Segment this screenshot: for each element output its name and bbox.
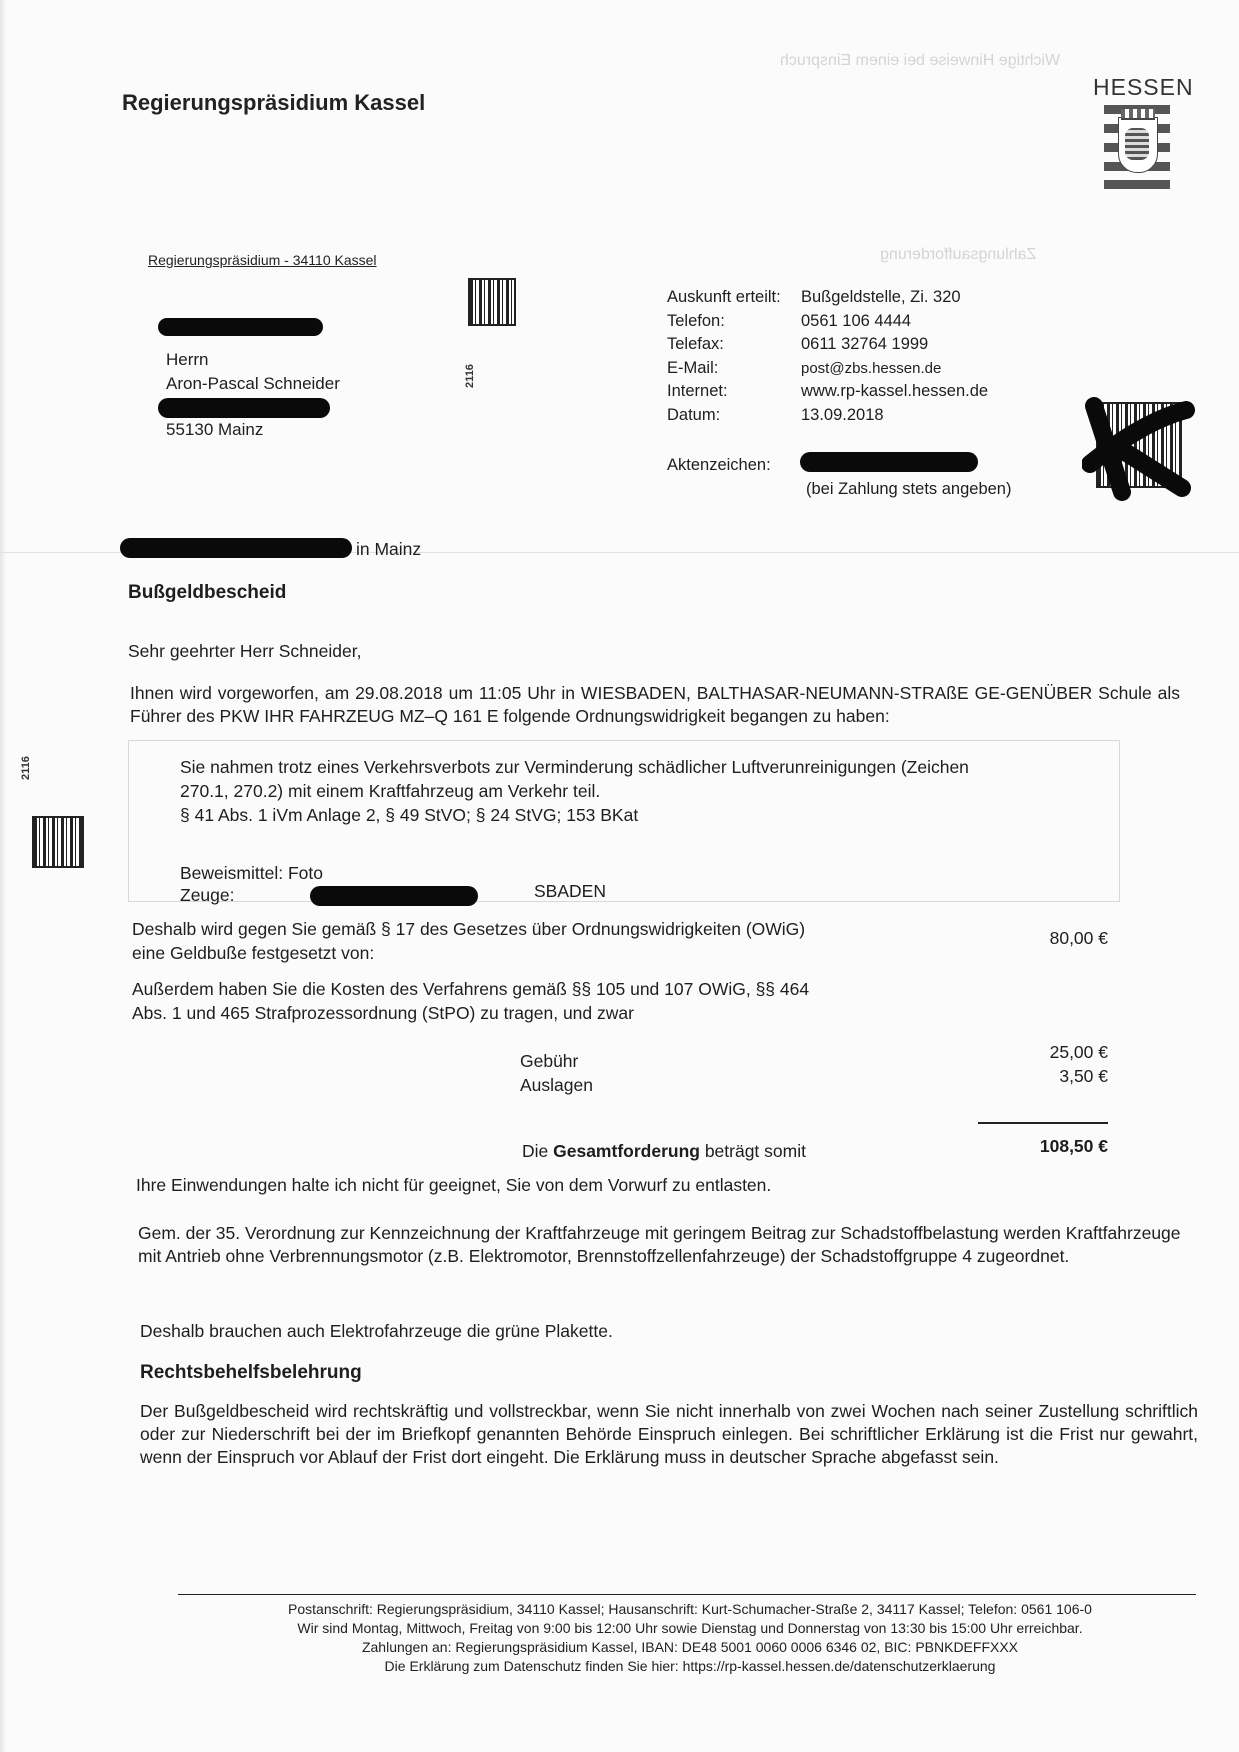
case-number-label: Aktenzeichen:: [667, 456, 771, 475]
document-title: Bußgeldbescheid: [128, 582, 286, 604]
regulation-text: Gem. der 35. Verordnung zur Kennzeichnun…: [138, 1222, 1188, 1268]
expenses-amount: 3,50 €: [988, 1066, 1108, 1087]
sum-divider: [978, 1122, 1108, 1124]
redaction-bar: [800, 452, 978, 472]
witness-label: Zeuge:: [180, 884, 234, 907]
hessen-logo-text: HESSEN: [1093, 74, 1181, 101]
margin-datamatrix-code: [32, 816, 84, 868]
offense-legal-basis: § 41 Abs. 1 iVm Anlage 2, § 49 StVO; § 2…: [180, 804, 638, 827]
total-amount: 108,50 €: [988, 1136, 1108, 1157]
offense-line-2: 270.1, 270.2) mit einem Kraftfahrzeug am…: [180, 780, 600, 803]
show-through-section: Zahlungsaufforderung: [880, 246, 1036, 264]
redaction-bar: [120, 538, 352, 558]
hessen-coat-of-arms-icon: [1104, 105, 1170, 189]
footer-privacy-link[interactable]: Die Erklärung zum Datenschutz finden Sie…: [160, 1657, 1220, 1676]
contact-info: Auskunft erteilt:Bußgeldstelle, Zi. 320 …: [667, 286, 988, 427]
total-line: Die Gesamtforderung beträgt somit: [522, 1140, 806, 1163]
return-address: Regierungspräsidium - 34110 Kassel: [148, 252, 377, 268]
contact-row-internet: Internet:www.rp-kassel.hessen.de: [667, 380, 988, 404]
legal-remedy-heading: Rechtsbehelfsbelehrung: [140, 1362, 362, 1384]
footer-office-hours: Wir sind Montag, Mittwoch, Freitag von 9…: [160, 1619, 1220, 1638]
recipient-salutation: Herrn: [166, 348, 340, 372]
footer-postal-address: Postanschrift: Regierungspräsidium, 3411…: [160, 1600, 1220, 1619]
footer-payment-details: Zahlungen an: Regierungspräsidium Kassel…: [160, 1638, 1220, 1657]
contact-row-telefon: Telefon:0561 106 4444: [667, 310, 988, 334]
footer-divider: [178, 1594, 1196, 1595]
page-edge-shadow: [0, 0, 6, 1752]
case-number-note: (bei Zahlung stets angeben): [806, 480, 1011, 499]
redaction-bar: [158, 398, 330, 418]
contact-row-auskunft: Auskunft erteilt:Bußgeldstelle, Zi. 320: [667, 286, 988, 310]
footer: Postanschrift: Regierungspräsidium, 3411…: [160, 1600, 1220, 1676]
objection-reply: Ihre Einwendungen halte ich nicht für ge…: [136, 1174, 771, 1197]
recipient-name: Aron-Pascal Schneider: [166, 372, 340, 396]
contact-row-datum: Datum:13.09.2018: [667, 404, 988, 428]
contact-row-email: E-Mail:post@zbs.hessen.de: [667, 357, 988, 381]
redaction-bar: [158, 318, 323, 336]
accusation-text: Ihnen wird vorgeworfen, am 29.08.2018 um…: [130, 682, 1180, 728]
recipient-city: 55130 Mainz: [166, 420, 263, 440]
fine-text-1: Deshalb wird gegen Sie gemäß § 17 des Ge…: [132, 918, 805, 941]
legal-remedy-text: Der Bußgeldbescheid wird rechtskräftig u…: [140, 1400, 1198, 1469]
side-number: 2116: [464, 364, 476, 388]
offense-line-1: Sie nahmen trotz eines Verkehrsverbots z…: [180, 756, 969, 779]
recipient-address: Herrn Aron-Pascal Schneider: [166, 348, 340, 396]
total-label: Gesamtforderung: [553, 1141, 700, 1161]
evidence: Beweismittel: Foto: [180, 862, 323, 885]
greeting: Sehr geehrter Herr Schneider,: [128, 640, 361, 663]
fee-label: Gebühr: [520, 1050, 578, 1073]
show-through-heading: Wichtige Hinweise bei einem Einspruch: [780, 52, 1060, 70]
fine-text-2: eine Geldbuße festgesetzt von:: [132, 942, 374, 965]
conclusion-text: Deshalb brauchen auch Elektrofahrzeuge d…: [140, 1320, 613, 1343]
costs-text-1: Außerdem haben Sie die Kosten des Verfah…: [132, 978, 809, 1001]
datamatrix-code: [468, 278, 516, 326]
witness-suffix: SBADEN: [534, 880, 606, 903]
margin-number: 2116: [20, 756, 32, 780]
birth-place: in Mainz: [356, 538, 421, 561]
authority-name: Regierungspräsidium Kassel: [122, 90, 425, 116]
fine-amount: 80,00 €: [988, 928, 1108, 949]
expenses-label: Auslagen: [520, 1074, 593, 1097]
fee-amount: 25,00 €: [988, 1042, 1108, 1063]
costs-text-2: Abs. 1 und 465 Strafprozessordnung (StPO…: [132, 1002, 634, 1025]
hessen-logo: HESSEN: [1093, 74, 1181, 189]
contact-row-telefax: Telefax:0611 32764 1999: [667, 333, 988, 357]
cross-out-mark: [1082, 392, 1197, 502]
redaction-bar: [310, 886, 478, 906]
